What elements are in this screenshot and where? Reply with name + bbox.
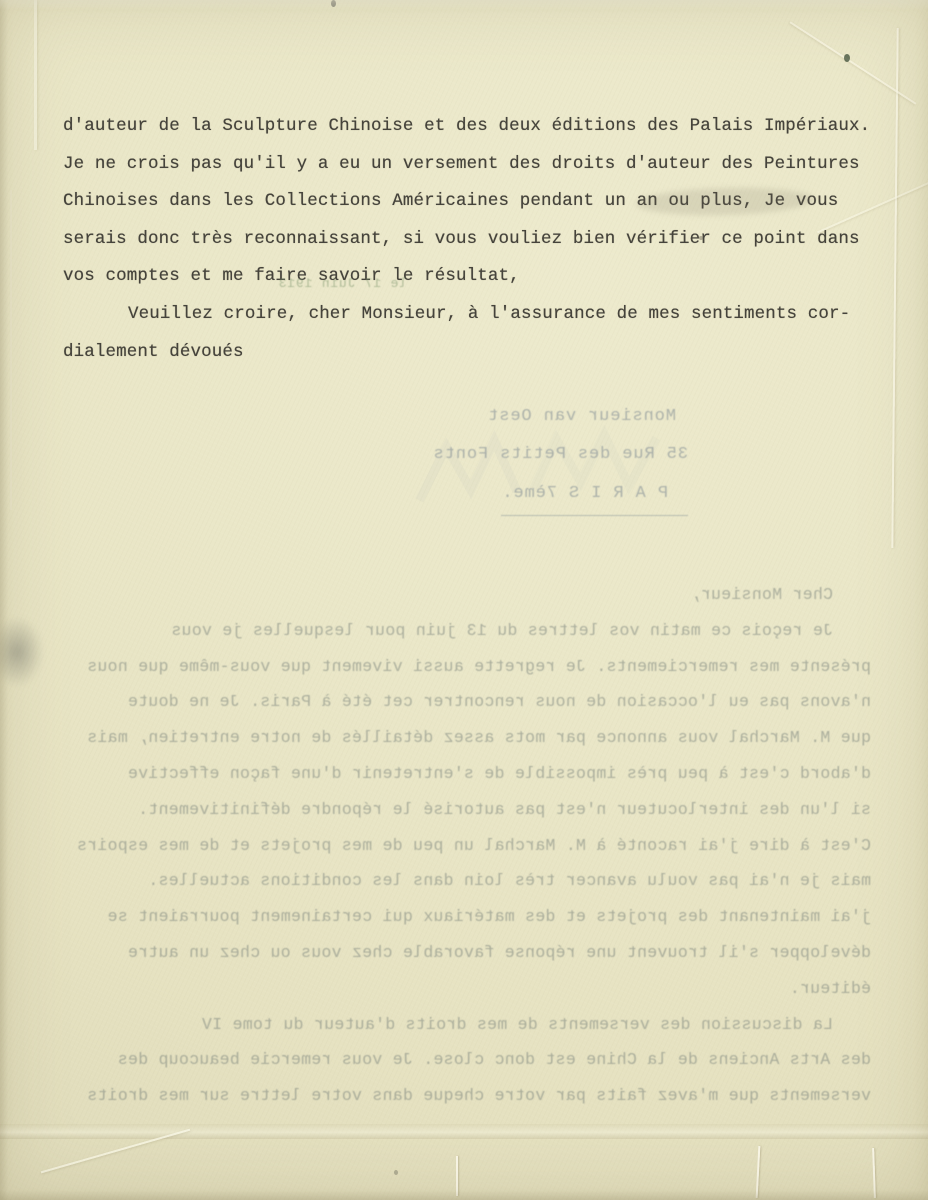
paper-fold (0, 1124, 928, 1139)
bleedthrough-line: développer s'il trouvent une réponse fav… (59, 935, 871, 971)
bleedthrough-line: C'est à dire j'ai raconté à M. Marchal u… (59, 828, 871, 864)
ink-smudge-left-edge (0, 603, 54, 701)
paper-edge-shadow (0, 1190, 928, 1200)
bleedthrough-line: éditeur. (59, 971, 871, 1007)
paper-speck (331, 0, 336, 7)
paper-edge-shadow (0, 0, 8, 1200)
paper-crease (790, 21, 917, 104)
bleedthrough-line: si l'un des interlocuteur n'est pas auto… (59, 792, 871, 828)
bleedthrough-line: mais je n'ai pas voulu avancer très loin… (59, 863, 871, 899)
bleedthrough-line: que M. Marchal vous annonce par mots ass… (59, 720, 871, 756)
paper-speck (844, 54, 850, 62)
paper-crease (34, 0, 37, 150)
bleedthrough-line: Cher Monsieur, (59, 577, 871, 613)
paper-speck (699, 236, 703, 240)
typed-line-closing: Veuillez croire, cher Monsieur, à l'assu… (63, 296, 878, 334)
bleedthrough-line: d'abord c'est à peu près impossible de s… (59, 756, 871, 792)
typed-paragraph: d'auteur de la Sculpture Chinoise et des… (63, 108, 878, 371)
bleedthrough-line: La discussion des versements de mes droi… (59, 1007, 871, 1043)
paper-crease (891, 28, 898, 548)
paper-edge-highlight (0, 0, 928, 10)
paper-crack (456, 1156, 458, 1196)
bleedthrough-line: Je reçois ce matin vos lettres du 13 jui… (59, 613, 871, 649)
bleedthrough-line: n'avons pas eu l'occasion de nous rencon… (59, 684, 871, 720)
paper-crack (756, 1146, 761, 1198)
paper-crease (41, 1129, 191, 1174)
typed-line: Je ne crois pas qu'il y a eu un versemen… (63, 146, 878, 184)
bleedthrough-body: Cher Monsieur, Je reçois ce matin vos le… (59, 577, 871, 1114)
typed-line: d'auteur de la Sculpture Chinoise et des… (63, 108, 878, 146)
typed-line: serais donc très reconnaissant, si vous … (63, 221, 878, 259)
bleedthrough-line: présente mes remerciements. Je regrette … (59, 649, 871, 685)
bleedthrough-line: versements que m'avez faits par votre ch… (59, 1078, 871, 1114)
bleedthrough-line: des Arts Anciens de la Chine est donc cl… (59, 1042, 871, 1078)
paper-speck (394, 1170, 398, 1175)
letter-page: d'auteur de la Sculpture Chinoise et des… (0, 0, 928, 1200)
typed-line: vos comptes et me faire savoir le résult… (63, 258, 878, 296)
paper-crack (872, 1148, 876, 1198)
faint-stamp-mark (406, 417, 681, 526)
bleedthrough-date: le 17 Juin 1913 (262, 276, 407, 291)
paper-crease (10, 190, 12, 510)
bleedthrough-line: j'ai maintenant des projets et des matér… (59, 899, 871, 935)
typed-line-closing: dialement dévoués (63, 334, 878, 372)
